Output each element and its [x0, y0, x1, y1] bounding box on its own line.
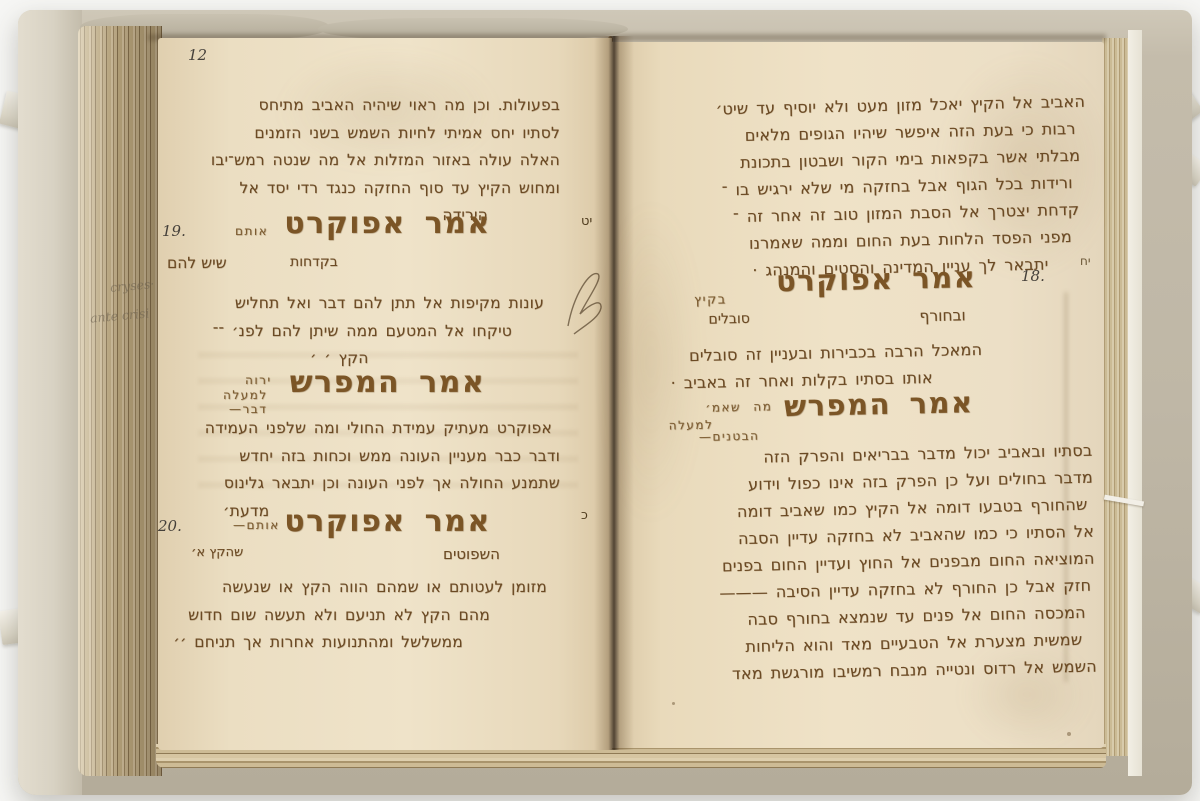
inner-margin-number: כ	[581, 508, 588, 523]
manuscript-line: עונות מקיפות אל תתן להם דבר ואל תחליש	[153, 290, 544, 318]
right-paragraph-1: האביב אל הקיץ יאכל מזון מעט ולא יוסיף עד…	[660, 88, 1089, 286]
manuscript-line: אפוקרט מעתיק עמידת החולי ומה שלפני העמיד…	[201, 415, 552, 443]
lemma-row: שיש להם בקדחות	[215, 254, 560, 278]
heading-amar-hamefaresh: אמר המפרש ירוה למעלה דבר—	[215, 365, 560, 400]
heading-gloss: ירוה	[245, 373, 272, 387]
manuscript-line: שתמנע החולה אך לפני העונה וכן יתבאר גלינ…	[205, 470, 560, 498]
lemma-fragment: בקדחות	[290, 254, 338, 270]
left-paragraph-2: עונות מקיפות אל תתן להם דבר ואל תחליש טי…	[215, 290, 560, 373]
manuscript-line: טיקחו אל המטעם ממה שיתן להם לפנ׳ ־־	[163, 318, 512, 346]
manuscript-line: ומחוש הקיץ עד סוף החזקה כנגד רדי יסד אל	[215, 175, 560, 203]
lemma-fragment: שהקץ א׳	[191, 545, 243, 560]
manuscript-line: המאכל הרבה בכבירות ובעניין זה סובלים	[665, 336, 982, 370]
heading-text: אמר אפוקרט	[776, 260, 977, 298]
right-page-text-area: האביב אל הקיץ יאכל מזון מעט ולא יוסיף עד…	[611, 41, 1118, 757]
heading-gloss: אותם—	[233, 518, 280, 532]
lemma-row: השפוטים שהקץ א׳	[215, 545, 560, 569]
heading-gloss: למעלה	[223, 388, 268, 402]
right-paragraph-3: בסתיו ובאביב יכול מדבר בבריאים והפרק הזה…	[667, 437, 1097, 689]
lemma-fragment: ובחורף	[919, 306, 966, 325]
heading-amar-apokrat: אמר אפוקרט אותם	[215, 206, 560, 241]
fore-edge-shading	[78, 26, 162, 776]
heading-gloss: מה שאמ׳	[705, 399, 772, 414]
folio-number-pencil: 12	[188, 46, 207, 64]
right-page: 18. יח האביב אל הקיץ יאכל מזון מעט ולא י…	[612, 42, 1104, 748]
heading-text: אמר המפרש	[784, 385, 974, 423]
heading-amar-apokrat: אמר אפוקרט אותם—	[215, 504, 560, 539]
gutter-shadow	[594, 36, 634, 750]
lemma-row: ובחורף סובלים	[664, 304, 1089, 337]
heading-text: אמר אפוקרט	[284, 504, 490, 539]
cover-fore-edge-right	[1128, 30, 1142, 776]
left-page: 12 בפעולות. וכן מה ראוי שיהיה האביב מתיח…	[158, 38, 612, 750]
heading-gloss: אותם	[235, 224, 268, 238]
lemma-fragment: שיש להם	[167, 254, 227, 272]
manuscript-photo: 12 בפעולות. וכן מה ראוי שיהיה האביב מתיח…	[0, 0, 1200, 801]
manuscript-line: האלה עולה באזור המזלות אל מה שנטה רמש־יב…	[215, 147, 560, 175]
manuscript-line: לסתיו יחס אמיתי לחיות השמש בשני הזמנים	[215, 120, 560, 148]
manuscript-line: ודבר כבר מעניין העונה ממש וכחות בזה יחדש	[215, 443, 560, 471]
lemma-fragment: סובלים	[708, 311, 750, 328]
cover-fore-edge-left	[18, 10, 82, 795]
heading-text: אמר אפוקרט	[284, 206, 490, 241]
manuscript-line: מהם הקץ לא תניעם ולא תעשה שום חדוש	[175, 602, 490, 630]
inner-margin-number: יט	[581, 214, 592, 229]
heading-gloss: הבטנים—	[699, 429, 760, 444]
left-paragraph-4: מזומן לעטותם או שמהם הווה הקץ או שנעשה מ…	[215, 574, 560, 657]
book-binding-cover: 12 בפעולות. וכן מה ראוי שיהיה האביב מתיח…	[18, 10, 1192, 795]
manuscript-line: בפעולות. וכן מה ראוי שיהיה האביב מתיחס	[215, 92, 560, 120]
manuscript-line: ממשלשל ומהתנועות אחרות אך תניחם ׳׳	[197, 629, 463, 657]
aphorism-number-pencil: 20.	[158, 517, 182, 535]
heading-gloss: דבר—	[229, 402, 267, 416]
heading-gloss: בקיץ	[694, 292, 727, 308]
heading-text: אמר המפרש	[290, 365, 485, 400]
manuscript-line: מזומן לעטותם או שמהם הווה הקץ או שנעשה	[190, 574, 547, 602]
aphorism-number-pencil: 19.	[162, 222, 186, 240]
lemma-fragment: השפוטים	[443, 545, 500, 563]
